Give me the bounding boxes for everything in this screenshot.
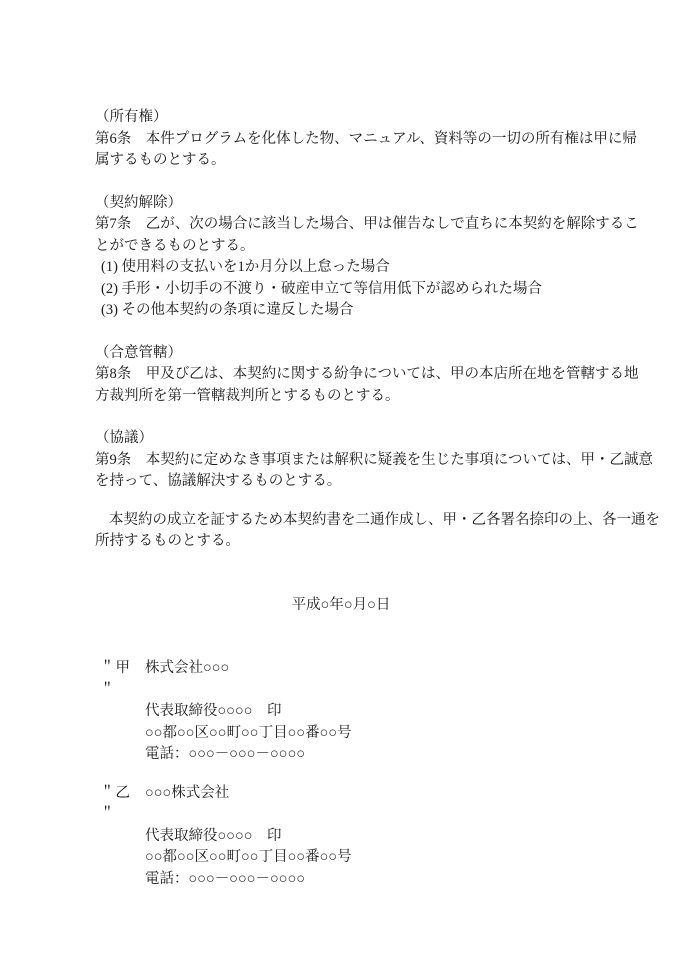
article-ownership: （所有権） 第6条 本件プログラムを化体した物、マニュアル、資料等の一切の所有権… <box>95 107 587 172</box>
text-line: 第7条 乙が、次の場合に該当した場合、甲は催告なしで直ちに本契約を解除するこ <box>95 214 587 236</box>
party-label-kou: ＂甲＂ <box>100 658 134 701</box>
representative-line: 代表取締役○○○○ 印 <box>145 826 282 848</box>
text-line: 第9条 本契約に定めなき事項または解釈に疑義を生じた事項については、甲・乙誠意 <box>95 450 587 472</box>
address-line: ○○都○○区○○町○○丁目○○番○○号 <box>145 723 352 745</box>
spacer <box>95 869 145 891</box>
address-line: ○○都○○区○○町○○丁目○○番○○号 <box>145 847 352 869</box>
text-line: 属するものとする。 <box>95 150 587 172</box>
spacer <box>134 783 145 826</box>
signature-row: ○○都○○区○○町○○丁目○○番○○号 <box>95 847 587 869</box>
company-name: 株式会社○○○ <box>145 658 229 701</box>
list-item: (2) 手形・小切手の不渡り・破産申立て等信用低下が認められた場合 <box>95 279 587 301</box>
signature-row: ○○都○○区○○町○○丁目○○番○○号 <box>95 723 587 745</box>
phone-line: 電話：○○○－○○○－○○○○ <box>145 744 305 766</box>
text-line: とができるものとする。 <box>95 236 587 258</box>
closing-paragraph: 本契約の成立を証するため本契約書を二通作成し、甲・乙各署名捺印の上、各一通を 所… <box>95 510 587 553</box>
article-jurisdiction: （合意管轄） 第8条 甲及び乙は、本契約に関する紛争については、甲の本店所在地を… <box>95 343 587 408</box>
text-line: 本契約の成立を証するため本契約書を二通作成し、甲・乙各署名捺印の上、各一通を <box>95 510 587 532</box>
spacer <box>95 826 145 848</box>
party-label-otsu: ＂乙＂ <box>100 783 134 826</box>
signature-row: ＂乙＂ ○○○株式会社 <box>95 783 587 826</box>
text-line: 方裁判所を第一管轄裁判所とするものとする。 <box>95 386 587 408</box>
signature-row: 代表取締役○○○○ 印 <box>95 701 587 723</box>
text-line: 第8条 甲及び乙は、本契約に関する紛争については、甲の本店所在地を管轄する地 <box>95 364 587 386</box>
article-heading: （協議） <box>95 428 587 450</box>
representative-line: 代表取締役○○○○ 印 <box>145 701 282 723</box>
list-item: (3) その他本契約の条項に違反した場合 <box>95 300 587 322</box>
spacer <box>95 847 145 869</box>
spacer <box>95 723 145 745</box>
company-name: ○○○株式会社 <box>145 783 229 826</box>
signature-row: ＂甲＂ 株式会社○○○ <box>95 658 587 701</box>
signature-row: 代表取締役○○○○ 印 <box>95 826 587 848</box>
phone-line: 電話：○○○－○○○－○○○○ <box>145 869 305 891</box>
article-consultation: （協議） 第9条 本契約に定めなき事項または解釈に疑義を生じた事項については、甲… <box>95 428 587 493</box>
signature-row: 電話：○○○－○○○－○○○○ <box>95 869 587 891</box>
party-otsu-block: ＂乙＂ ○○○株式会社 代表取締役○○○○ 印 ○○都○○区○○町○○丁目○○番… <box>95 783 587 891</box>
article-termination: （契約解除） 第7条 乙が、次の場合に該当した場合、甲は催告なしで直ちに本契約を… <box>95 193 587 322</box>
text-line: を持って、協議解決するものとする。 <box>95 471 587 493</box>
article-heading: （所有権） <box>95 107 587 129</box>
date-line: 平成○年○月○日 <box>95 595 587 617</box>
text-line: 所持するものとする。 <box>95 531 587 553</box>
spacer <box>134 658 145 701</box>
spacer <box>95 701 145 723</box>
spacer <box>95 744 145 766</box>
article-heading: （合意管轄） <box>95 343 587 365</box>
signature-row: 電話：○○○－○○○－○○○○ <box>95 744 587 766</box>
article-heading: （契約解除） <box>95 193 587 215</box>
party-kou-block: ＂甲＂ 株式会社○○○ 代表取締役○○○○ 印 ○○都○○区○○町○○丁目○○番… <box>95 658 587 766</box>
contract-page: （所有権） 第6条 本件プログラムを化体した物、マニュアル、資料等の一切の所有権… <box>0 0 680 962</box>
list-item: (1) 使用料の支払いを1か月分以上怠った場合 <box>95 257 587 279</box>
text-line: 第6条 本件プログラムを化体した物、マニュアル、資料等の一切の所有権は甲に帰 <box>95 129 587 151</box>
